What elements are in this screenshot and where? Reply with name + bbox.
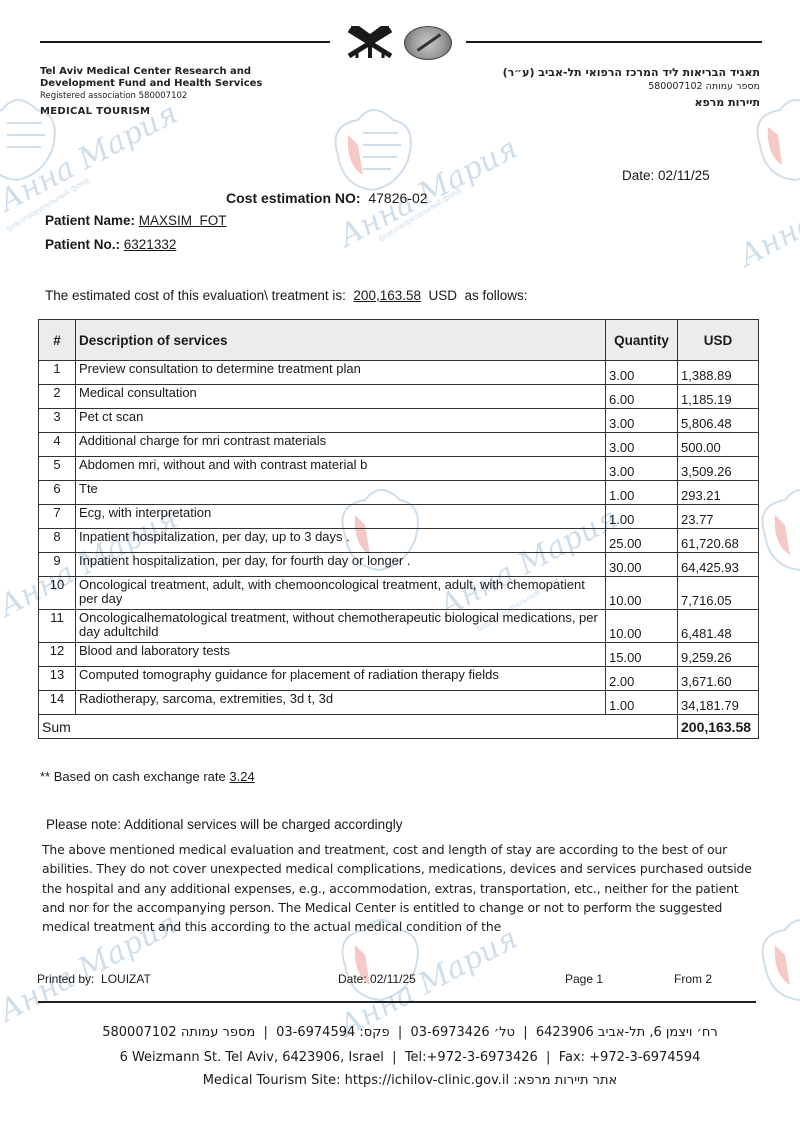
row-usd: 5,806.48 xyxy=(678,409,759,433)
row-number: 4 xyxy=(39,433,76,457)
row-usd: 9,259.26 xyxy=(678,643,759,667)
table-header-row: # Description of services Quantity USD xyxy=(39,320,759,361)
row-description: Inpatient hospitalization, per day, up t… xyxy=(76,529,606,553)
row-number: 9 xyxy=(39,553,76,577)
exchange-rate-label: ** Based on cash exchange rate xyxy=(40,769,226,784)
row-quantity: 1.00 xyxy=(606,691,678,715)
printed-by: Printed by: LOUIZAT xyxy=(37,972,151,986)
row-description: Radiotherapy, sarcoma, extremities, 3d t… xyxy=(76,691,606,715)
patient-number-value: 6321332 xyxy=(124,237,177,252)
estimate-total: 200,163.58 xyxy=(353,288,421,303)
column-header-quantity: Quantity xyxy=(606,320,678,361)
row-quantity: 1.00 xyxy=(606,505,678,529)
row-quantity: 1.00 xyxy=(606,481,678,505)
table-row: 14Radiotherapy, sarcoma, extremities, 3d… xyxy=(39,691,759,715)
services-table-body: 1Preview consultation to determine treat… xyxy=(39,361,759,715)
row-description: Oncological treatment, adult, with chemo… xyxy=(76,577,606,610)
footer-date: Date: 02/11/25 xyxy=(338,972,416,986)
exchange-rate-note: ** Based on cash exchange rate 3.24 xyxy=(40,769,255,784)
row-quantity: 3.00 xyxy=(606,361,678,385)
row-description: Inpatient hospitalization, per day, for … xyxy=(76,553,606,577)
row-number: 13 xyxy=(39,667,76,691)
date-value: 02/11/25 xyxy=(658,168,710,183)
exchange-rate-value: 3.24 xyxy=(229,769,254,784)
column-header-description: Description of services xyxy=(76,320,606,361)
estimate-prefix: The estimated cost of this evaluation\ t… xyxy=(45,288,346,303)
column-header-usd: USD xyxy=(678,320,759,361)
row-usd: 1,388.89 xyxy=(678,361,759,385)
row-usd: 3,671.60 xyxy=(678,667,759,691)
header-rule-left xyxy=(40,41,330,43)
row-quantity: 3.00 xyxy=(606,409,678,433)
row-number: 1 xyxy=(39,361,76,385)
row-quantity: 15.00 xyxy=(606,643,678,667)
table-row: 3Pet ct scan3.005,806.48 xyxy=(39,409,759,433)
row-number: 5 xyxy=(39,457,76,481)
row-number: 10 xyxy=(39,577,76,610)
row-number: 12 xyxy=(39,643,76,667)
table-row: 12Blood and laboratory tests15.009,259.2… xyxy=(39,643,759,667)
disclaimer-text: The above mentioned medical evaluation a… xyxy=(42,840,764,936)
page-total: From 2 xyxy=(674,972,712,986)
row-description: Medical consultation xyxy=(76,385,606,409)
org-name-line2: Development Fund and Health Services xyxy=(40,78,262,90)
header-rule-right xyxy=(466,41,762,43)
address-hebrew: רח׳ ויצמן 6, תל-אביב 6423906 | טל׳ 03-69… xyxy=(60,1025,760,1040)
estimated-cost-statement: The estimated cost of this evaluation\ t… xyxy=(45,288,528,303)
row-usd: 34,181.79 xyxy=(678,691,759,715)
row-quantity: 2.00 xyxy=(606,667,678,691)
row-usd: 3,509.26 xyxy=(678,457,759,481)
date-label: Date: xyxy=(622,168,654,183)
org-name-line1: Tel Aviv Medical Center Research and xyxy=(40,66,262,78)
row-usd: 64,425.93 xyxy=(678,553,759,577)
org-name-hebrew: תאגיד הבריאות ליד המרכז הרפואי תל-אביב (… xyxy=(503,66,760,110)
row-description: Additional charge for mri contrast mater… xyxy=(76,433,606,457)
patient-name: Patient Name: MAXSIM FOT xyxy=(45,213,227,228)
row-usd: 293.21 xyxy=(678,481,759,505)
row-quantity: 3.00 xyxy=(606,433,678,457)
row-quantity: 30.00 xyxy=(606,553,678,577)
patient-name-value: MAXSIM FOT xyxy=(139,213,227,228)
table-row: 2Medical consultation6.001,185.19 xyxy=(39,385,759,409)
row-number: 6 xyxy=(39,481,76,505)
row-description: Abdomen mri, without and with contrast m… xyxy=(76,457,606,481)
table-row: 13Computed tomography guidance for place… xyxy=(39,667,759,691)
table-row: 1Preview consultation to determine treat… xyxy=(39,361,759,385)
row-description: Preview consultation to determine treatm… xyxy=(76,361,606,385)
row-number: 8 xyxy=(39,529,76,553)
patient-number: Patient No.: 6321332 xyxy=(45,237,176,252)
row-number: 11 xyxy=(39,610,76,643)
row-number: 3 xyxy=(39,409,76,433)
cost-estimation-label: Cost estimation NO: xyxy=(226,190,361,206)
table-row: 11Oncologicalhematological treatment, wi… xyxy=(39,610,759,643)
row-description: Oncologicalhematological treatment, with… xyxy=(76,610,606,643)
cost-estimation-number: Cost estimation NO: 47826-02 xyxy=(226,190,428,206)
row-usd: 61,720.68 xyxy=(678,529,759,553)
cost-estimation-value: 47826-02 xyxy=(368,190,427,206)
patient-name-label: Patient Name: xyxy=(45,213,135,228)
sum-value: 200,163.58 xyxy=(678,715,759,739)
row-number: 2 xyxy=(39,385,76,409)
table-row: 7Ecg, with interpretation1.0023.77 xyxy=(39,505,759,529)
row-usd: 500.00 xyxy=(678,433,759,457)
row-quantity: 10.00 xyxy=(606,610,678,643)
row-quantity: 10.00 xyxy=(606,577,678,610)
row-description: Blood and laboratory tests xyxy=(76,643,606,667)
table-row: 6Tte1.00293.21 xyxy=(39,481,759,505)
row-quantity: 3.00 xyxy=(606,457,678,481)
table-row: 8Inpatient hospitalization, per day, up … xyxy=(39,529,759,553)
row-description: Ecg, with interpretation xyxy=(76,505,606,529)
column-header-number: # xyxy=(39,320,76,361)
patient-number-label: Patient No.: xyxy=(45,237,120,252)
row-quantity: 6.00 xyxy=(606,385,678,409)
table-row: 9Inpatient hospitalization, per day, for… xyxy=(39,553,759,577)
sum-label: Sum xyxy=(39,715,678,739)
document-date: Date: 02/11/25 xyxy=(622,168,710,183)
watermark-script: Анна Мария xyxy=(733,151,800,274)
page-number: Page 1 xyxy=(565,972,603,986)
footer-rule xyxy=(38,1001,756,1003)
seal-icon xyxy=(404,26,452,60)
medical-tourism-site: Medical Tourism Site: https://ichilov-cl… xyxy=(60,1073,760,1088)
row-usd: 6,481.48 xyxy=(678,610,759,643)
row-usd: 7,716.05 xyxy=(678,577,759,610)
department-title: MEDICAL TOURISM xyxy=(40,106,262,118)
sum-row: Sum 200,163.58 xyxy=(39,715,759,739)
hospital-emblem-icon xyxy=(345,24,395,60)
estimate-suffix: USD as follows: xyxy=(429,288,528,303)
services-table: # Description of services Quantity USD 1… xyxy=(38,319,759,739)
row-description: Computed tomography guidance for placeme… xyxy=(76,667,606,691)
org-name-he-line2: מספר עמותה 580007102 xyxy=(503,80,760,94)
org-name-he-line1: תאגיד הבריאות ליד המרכז הרפואי תל-אביב (… xyxy=(503,66,760,80)
row-number: 7 xyxy=(39,505,76,529)
row-number: 14 xyxy=(39,691,76,715)
row-quantity: 25.00 xyxy=(606,529,678,553)
watermark-heart-icon xyxy=(318,95,428,205)
row-description: Pet ct scan xyxy=(76,409,606,433)
additional-services-note: Please note: Additional services will be… xyxy=(46,817,402,832)
org-name-english: Tel Aviv Medical Center Research and Dev… xyxy=(40,66,262,118)
row-description: Tte xyxy=(76,481,606,505)
registered-association: Registered association 580007102 xyxy=(40,90,262,102)
table-row: 5Abdomen mri, without and with contrast … xyxy=(39,457,759,481)
table-row: 4Additional charge for mri contrast mate… xyxy=(39,433,759,457)
address-english: 6 Weizmann St. Tel Aviv, 6423906, Israel… xyxy=(60,1050,760,1065)
table-row: 10Oncological treatment, adult, with che… xyxy=(39,577,759,610)
row-usd: 23.77 xyxy=(678,505,759,529)
org-name-he-line3: תיירות מרפא xyxy=(503,96,760,110)
row-usd: 1,185.19 xyxy=(678,385,759,409)
